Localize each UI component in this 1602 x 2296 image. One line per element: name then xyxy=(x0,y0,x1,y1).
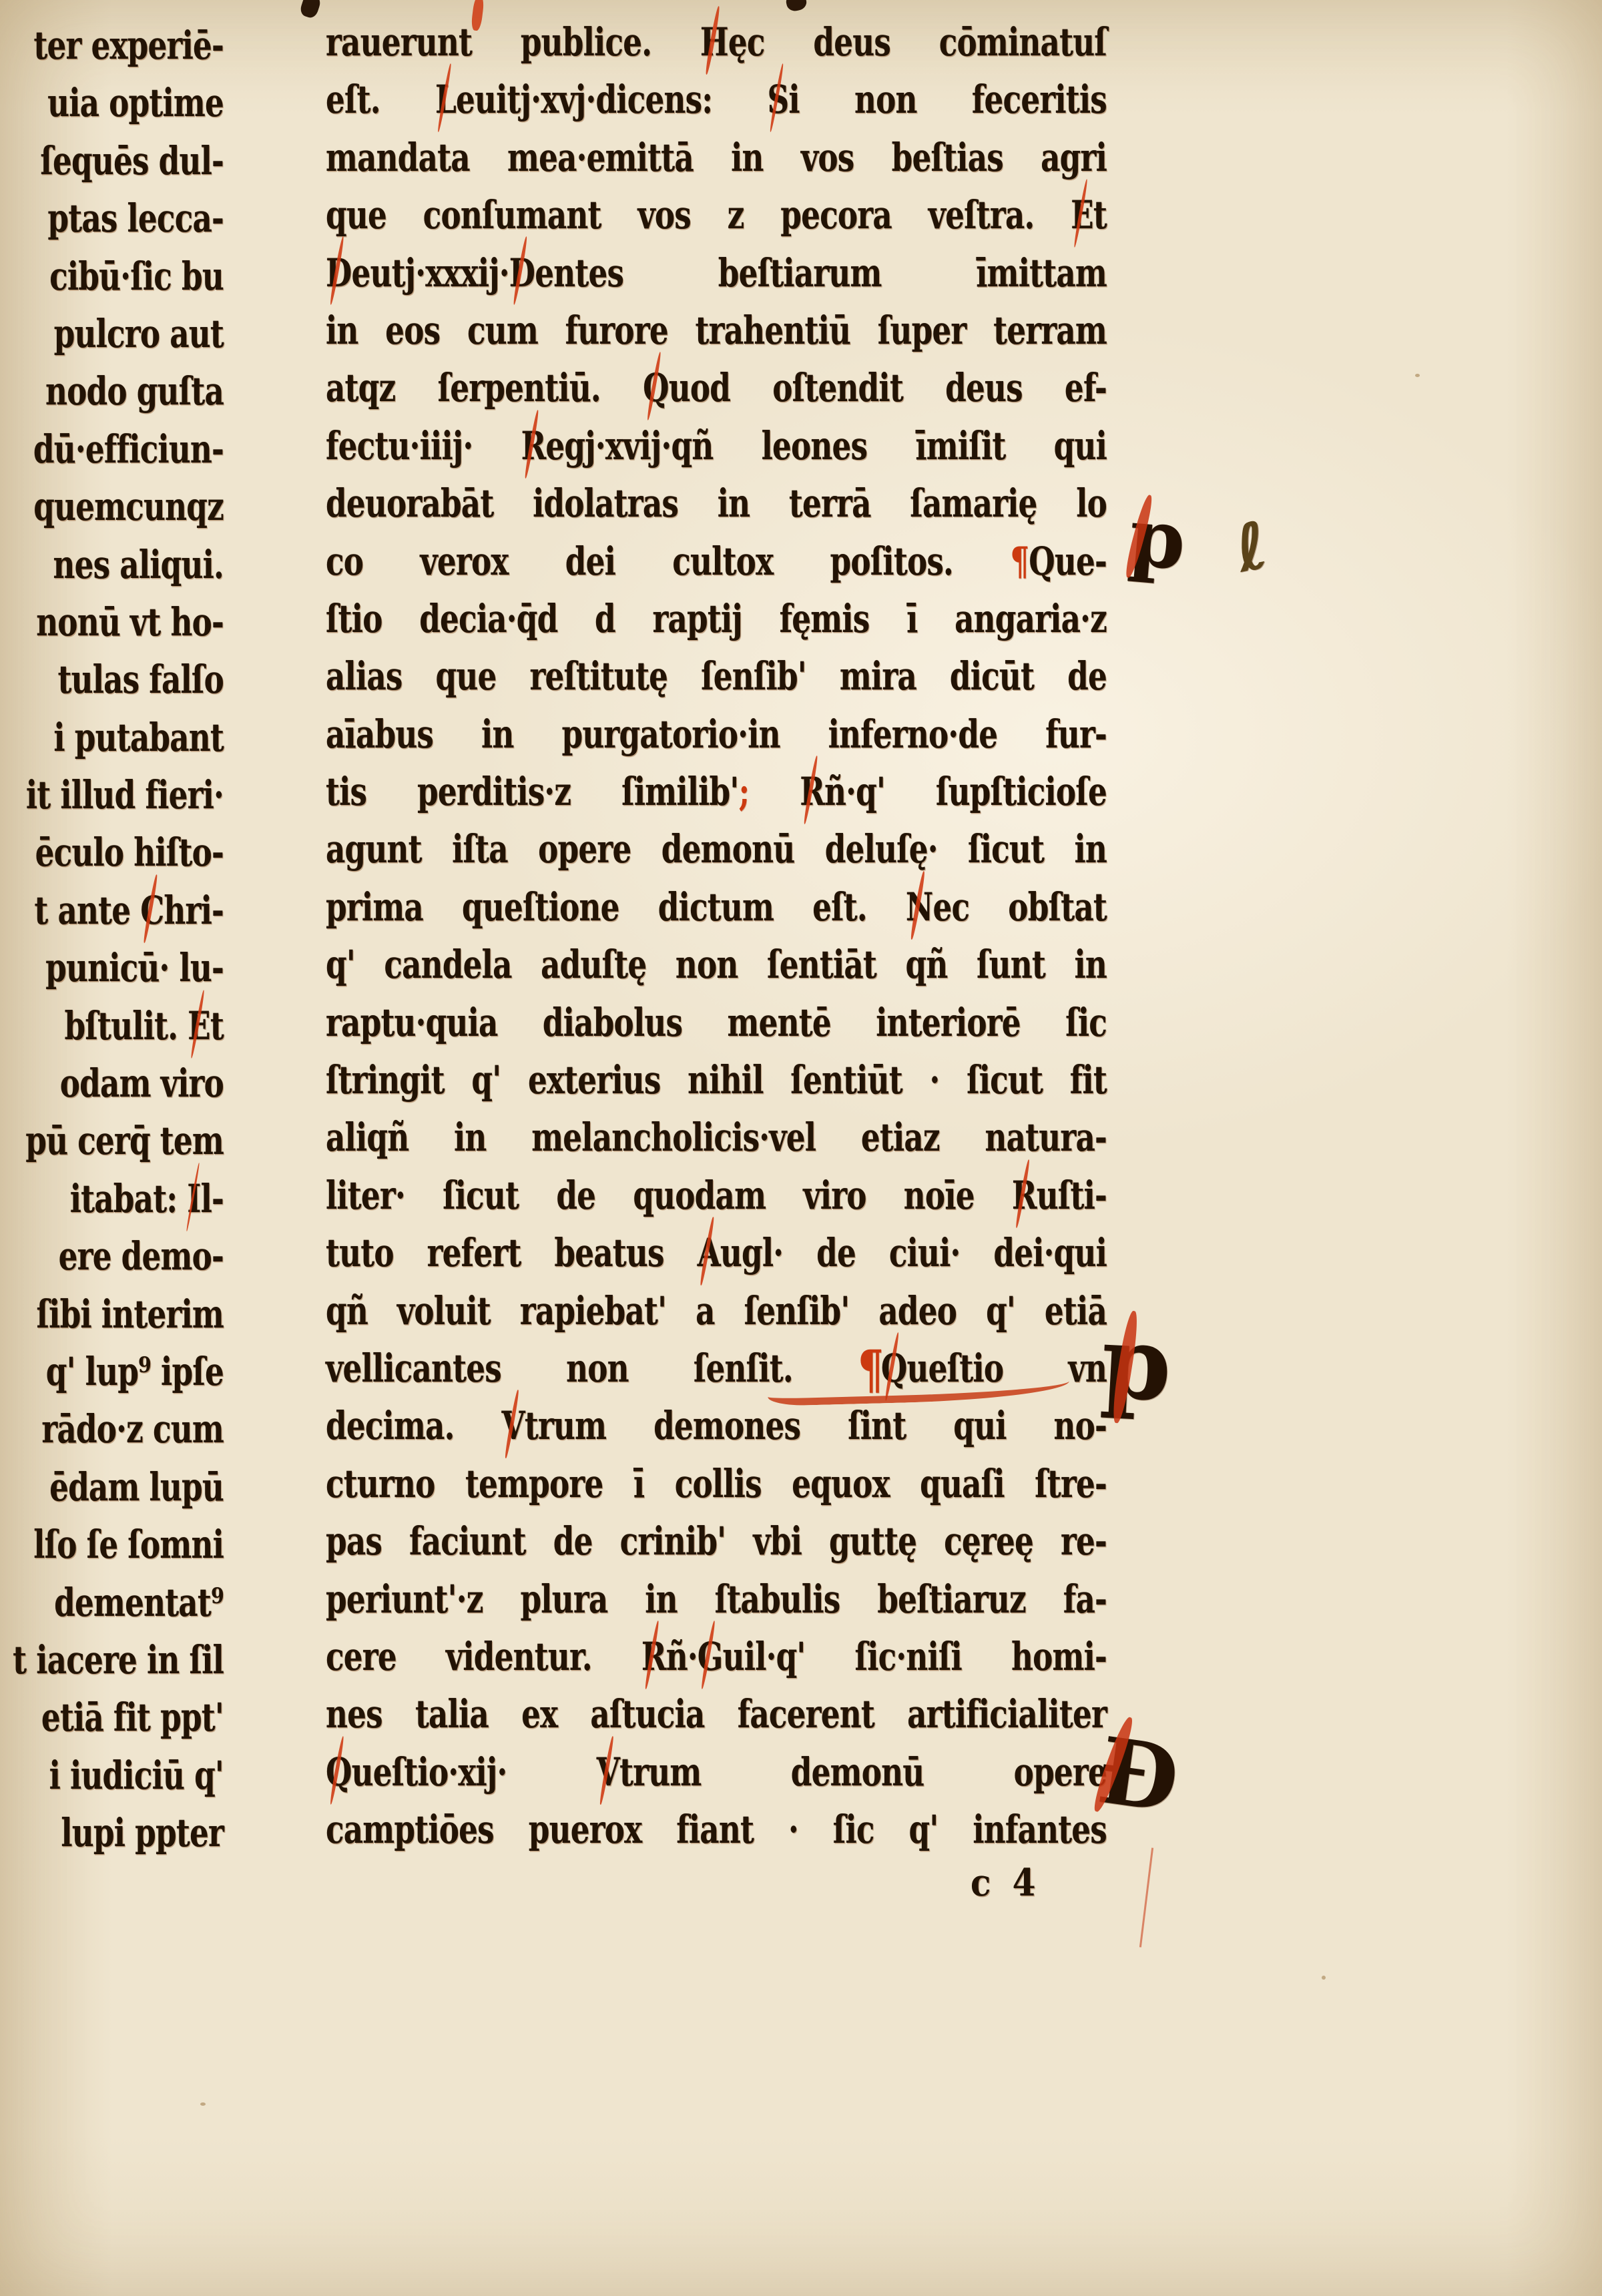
text-line: t iacere in ſil xyxy=(0,1631,224,1689)
text-line: qñ voluit rapiebat' a ſenſib' adeo q' et… xyxy=(326,1282,1107,1340)
rubricated-text: G xyxy=(698,1628,723,1685)
rubricated-text: E xyxy=(188,997,210,1055)
text-line: in eos cum furore trahentiū ſuper terram xyxy=(326,302,1107,359)
text-line: q' candela aduſtę non ſentiāt qñ ſunt in xyxy=(326,936,1107,993)
printed-text: ñ· xyxy=(666,1634,698,1679)
printed-text: odam viro xyxy=(60,1061,224,1106)
rubricated-text: V xyxy=(501,1397,524,1454)
printed-text: ēdam lupū xyxy=(49,1464,224,1510)
text-line: uia optime xyxy=(0,74,224,131)
printed-text: ueſtio·xij· xyxy=(352,1749,597,1795)
text-line: bſtulit. Et xyxy=(0,997,224,1055)
printed-text: i putabant xyxy=(53,715,224,760)
text-line: rauerunt publice. Hęc deus cōminatuſ xyxy=(326,13,1107,71)
text-line: aliqñ in melancholicis·vel etiaz natura- xyxy=(326,1109,1107,1166)
text-line: q' lup⁹ ipſe xyxy=(0,1343,224,1400)
printed-text: i iudiciū q' xyxy=(49,1753,224,1798)
text-line: Deutj·xxxij·Dentes beſtiarum īmittam xyxy=(326,244,1107,302)
printed-text: Que- xyxy=(1029,539,1107,584)
text-line: tulas falſo xyxy=(0,651,224,708)
printed-text: etiā fit ppt' xyxy=(41,1695,224,1740)
printed-text: trum demonū opere xyxy=(619,1749,1107,1795)
printed-text: it illud fieri· xyxy=(26,772,224,818)
margin-annotation-p-lower: p xyxy=(1099,1312,1174,1415)
printed-text: uil·q' ſic·niſi homi- xyxy=(723,1634,1107,1679)
printed-text: aīabus in purgatorio·in inferno·de fur- xyxy=(326,711,1107,757)
printed-text: nonū vt ho- xyxy=(36,599,224,645)
text-line: camptiōes puerox fiant · ſic q' infantes xyxy=(326,1801,1107,1858)
printed-text: uia optime xyxy=(47,80,224,125)
printed-text: t xyxy=(210,1003,224,1049)
printed-text: ęc deus cōminatuſ xyxy=(728,19,1107,65)
text-line: nes talia ex aſtucia facerent artificial… xyxy=(326,1685,1107,1743)
margin-annotation-p: p xyxy=(1126,497,1189,582)
text-line: aīabus in purgatorio·in inferno·de fur- xyxy=(326,705,1107,763)
printed-text: hri- xyxy=(164,888,224,933)
printed-text: pulcro aut xyxy=(54,311,224,356)
printed-text: uſti- xyxy=(1037,1173,1107,1218)
text-line: atqz ſerpentiū. Quod oſtendit deus ef- xyxy=(326,359,1107,416)
rubricated-text: D xyxy=(326,244,351,302)
printed-text: q' lup⁹ ipſe xyxy=(46,1349,224,1394)
printed-text: ere demo- xyxy=(59,1233,224,1279)
text-line: cibū·ſic bu xyxy=(0,248,224,305)
printed-text: ſibi interim xyxy=(36,1291,224,1337)
text-line: itabat: Il- xyxy=(0,1170,224,1227)
printed-text: dū·efficiun- xyxy=(33,426,224,472)
printed-text: camptiōes puerox fiant · ſic q' infantes xyxy=(326,1807,1107,1852)
text-line: pas faciunt de crinib' vbi guttę cęreę r… xyxy=(326,1512,1107,1570)
rubricated-text: C xyxy=(140,882,164,939)
rubricated-text: R xyxy=(641,1628,666,1685)
printed-text: pas faciunt de crinib' vbi guttę cęreę r… xyxy=(326,1518,1107,1564)
printed-text: quemcunqz xyxy=(33,484,224,529)
text-line: tis perditis·z ſimilib'; Rñ·q' ſupſticio… xyxy=(326,763,1107,820)
rubricated-text: ; xyxy=(738,769,800,814)
text-line: nodo guſta xyxy=(0,362,224,420)
printed-text: t ante xyxy=(34,888,140,933)
printed-text: ugl· de ciui· dei·qui xyxy=(720,1230,1107,1275)
rubricated-text: D xyxy=(509,244,535,302)
printed-text: agunt iſta opere demonū deluſę· ſicut in xyxy=(326,826,1107,872)
printed-text: ſequēs dul- xyxy=(40,138,224,184)
printed-text: qñ voluit rapiebat' a ſenſib' adeo q' et… xyxy=(326,1288,1107,1334)
text-line: Queſtio·xij· Vtrum demonū opere xyxy=(326,1743,1107,1801)
printed-text: fectu·iiij· xyxy=(326,423,521,469)
text-line: tuto refert beatus Augl· de ciui· dei·qu… xyxy=(326,1224,1107,1281)
printed-text: rādo·z cum xyxy=(41,1406,224,1452)
printed-text: liter· ſicut de quodam viro noīe xyxy=(326,1173,1012,1218)
printed-text: t iacere in ſil xyxy=(13,1637,224,1683)
text-line: agunt iſta opere demonū deluſę· ſicut in xyxy=(326,820,1107,878)
printed-text: mandata mea·emittā in vos beſtias agri xyxy=(326,135,1107,180)
cropped-text-fragment xyxy=(785,0,808,13)
printed-text: ec obſtat xyxy=(932,884,1107,930)
text-line: i putabant xyxy=(0,709,224,766)
text-line: prima queſtione dictum eſt. Nec obſtat xyxy=(326,878,1107,936)
text-line: liter· ſicut de quodam viro noīe Ruſti- xyxy=(326,1167,1107,1224)
quire-signature: c 4 xyxy=(971,1861,1041,1905)
printed-text: nes talia ex aſtucia facerent artificial… xyxy=(326,1691,1107,1737)
text-line: nes aliqui. xyxy=(0,536,224,593)
text-line: ptas lecca- xyxy=(0,190,224,247)
printed-text: eſt. xyxy=(326,77,435,122)
rubricated-text: ¶ xyxy=(1010,539,1029,584)
printed-text: deuorabāt idolatras in terrā ſamarię lo xyxy=(326,481,1107,526)
text-line: alias que reſtitutę ſenſib' mira dicūt d… xyxy=(326,647,1107,705)
text-line: t ante Chri- xyxy=(0,882,224,939)
paper-speck xyxy=(1415,374,1420,377)
text-line: rādo·z cum xyxy=(0,1400,224,1458)
rubricated-text: V xyxy=(597,1743,619,1801)
printed-text: ter experiē- xyxy=(33,23,224,68)
text-line: raptu·quia diabolus mentē interiorē ſic xyxy=(326,994,1107,1051)
printed-text: rauerunt publice. xyxy=(326,19,700,65)
printed-text: tuto refert beatus xyxy=(326,1230,698,1275)
printed-text: punicū· lu- xyxy=(45,945,224,990)
text-line: ſtringit q' exterius nihil ſentiūt · ſic… xyxy=(326,1051,1107,1109)
text-line: lſo ſe ſomni xyxy=(0,1516,224,1573)
printed-text: entes beſtiarum īmittam xyxy=(535,250,1107,296)
printed-text: pū cerq̄ tem xyxy=(25,1118,224,1163)
rubricated-text: Q xyxy=(326,1743,352,1801)
text-line: odam viro xyxy=(0,1055,224,1112)
text-line: decima. Vtrum demones ſint qui no- xyxy=(326,1397,1107,1454)
printed-text: prima queſtione dictum eſt. xyxy=(326,884,906,930)
text-line: i iudiciū q' xyxy=(0,1747,224,1804)
printed-text: nodo guſta xyxy=(45,368,224,414)
text-line: nonū vt ho- xyxy=(0,593,224,651)
printed-text: lupi ppter xyxy=(61,1810,224,1855)
printed-text: que conſumant vos z pecora veſtra. xyxy=(326,192,1071,238)
paper-speck xyxy=(1322,1976,1326,1980)
printed-text: euitj·xvj·dicens: xyxy=(456,77,767,122)
text-line: ſequēs dul- xyxy=(0,132,224,190)
printed-text: itabat: xyxy=(70,1176,187,1221)
text-line: cere videntur. Rñ·Guil·q' ſic·niſi homi- xyxy=(326,1628,1107,1685)
printed-text: uod oſtendit deus ef- xyxy=(669,365,1107,410)
printed-text: trum demones ſint qui no- xyxy=(525,1403,1107,1448)
text-line: ter experiē- xyxy=(0,17,224,74)
text-line: ſibi interim xyxy=(0,1285,224,1343)
rubricated-text: R xyxy=(1012,1167,1037,1224)
text-line: ēculo hiſto- xyxy=(0,824,224,881)
left-text-column: ter experiē-uia optimeſequēs dul-ptas le… xyxy=(0,17,224,1862)
text-line: pulcro aut xyxy=(0,305,224,362)
printed-text: in eos cum furore trahentiū ſuper terram xyxy=(326,308,1107,353)
paper-speck xyxy=(200,2102,206,2106)
text-line: ſtio decia·q̄d d raptij fęmis ī angaria·… xyxy=(326,590,1107,647)
printed-text: cturno tempore ī collis equox quaſi ſtre… xyxy=(326,1461,1107,1506)
text-line: dementat⁹ xyxy=(0,1574,224,1631)
red-ink-tail xyxy=(1139,1847,1153,1947)
printed-text: cere videntur. xyxy=(326,1634,641,1679)
printed-text: dementat⁹ xyxy=(54,1580,224,1625)
printed-text: t xyxy=(1093,192,1107,238)
printed-text: i non feceritis xyxy=(788,77,1107,122)
text-line: deuorabāt idolatras in terrā ſamarię lo xyxy=(326,475,1107,532)
printed-text: alias que reſtitutę ſenſib' mira dicūt d… xyxy=(326,653,1107,699)
printed-text: ñ·q' ſupſticioſe xyxy=(824,769,1107,814)
text-line: dū·efficiun- xyxy=(0,420,224,478)
rubricated-text: H xyxy=(700,13,728,71)
text-line: fectu·iiij· Regj·xvij·qñ leones īmiſit q… xyxy=(326,417,1107,475)
text-line: ere demo- xyxy=(0,1227,224,1285)
printed-text: q' candela aduſtę non ſentiāt qñ ſunt in xyxy=(326,942,1107,987)
printed-text: bſtulit. xyxy=(65,1003,188,1049)
printed-text: periunt'·z plura in ſtabulis beſtiaruz f… xyxy=(326,1576,1107,1622)
text-line: cturno tempore ī collis equox quaſi ſtre… xyxy=(326,1455,1107,1512)
text-line: que conſumant vos z pecora veſtra. Et xyxy=(326,186,1107,244)
printed-text: raptu·quia diabolus mentē interiorē ſic xyxy=(326,1000,1107,1045)
printed-text: tulas falſo xyxy=(57,657,224,702)
cropped-text-fragment xyxy=(298,0,322,19)
rubricated-text: R xyxy=(521,417,546,475)
printed-text: cibū·ſic bu xyxy=(49,254,224,299)
printed-text: ſtringit q' exterius nihil ſentiūt · ſic… xyxy=(326,1057,1107,1103)
printed-text: co verox dei cultox poſitos. xyxy=(326,539,1010,584)
text-line: it illud fieri· xyxy=(0,766,224,824)
rubricated-text: N xyxy=(906,878,933,936)
printed-text: tis perditis·z ſimilib' xyxy=(326,769,738,814)
printed-text: decima. xyxy=(326,1403,501,1448)
right-text-column: rauerunt publice. Hęc deus cōminatuſeſt.… xyxy=(326,13,1327,1859)
printed-text: ēculo hiſto- xyxy=(35,830,224,875)
text-line: mandata mea·emittā in vos beſtias agri xyxy=(326,129,1107,186)
document-page: { "page": { "kind": "incunabulum-text-pa… xyxy=(0,0,1602,2296)
text-line: quemcunqz xyxy=(0,478,224,535)
printed-text: lſo ſe ſomni xyxy=(33,1522,224,1567)
printed-text: l- xyxy=(201,1176,224,1221)
text-line: pū cerq̄ tem xyxy=(0,1112,224,1169)
printed-text: ptas lecca- xyxy=(47,196,224,241)
rubricated-text: L xyxy=(435,71,456,128)
text-line: ēdam lupū xyxy=(0,1458,224,1516)
printed-text: ſtio decia·q̄d d raptij fęmis ī angaria·… xyxy=(326,596,1107,641)
margin-annotation-d: Đ xyxy=(1093,1725,1184,1825)
rubricated-text: Q xyxy=(643,359,669,416)
text-line: eſt. Leuitj·xvj·dicens: Si non feceritis xyxy=(326,71,1107,128)
rubricated-text: S xyxy=(767,71,788,128)
printed-text: aliqñ in melancholicis·vel etiaz natura- xyxy=(326,1115,1107,1160)
rubricated-text: I xyxy=(187,1170,200,1227)
text-line: etiā fit ppt' xyxy=(0,1689,224,1746)
text-line: lupi ppter xyxy=(0,1804,224,1861)
printed-text: nes aliqui. xyxy=(53,542,224,587)
printed-text: atqz ſerpentiū. xyxy=(326,365,643,410)
rubricated-text: A xyxy=(698,1224,720,1281)
rubricated-text: E xyxy=(1071,186,1093,244)
text-line: punicū· lu- xyxy=(0,939,224,996)
printed-text: egj·xvij·qñ leones īmiſit qui xyxy=(545,423,1107,469)
text-line: co verox dei cultox poſitos. ¶Que- xyxy=(326,533,1107,590)
printed-text: eutj·xxxij· xyxy=(351,250,509,296)
text-line: periunt'·z plura in ſtabulis beſtiaruz f… xyxy=(326,1570,1107,1628)
rubricated-text: R xyxy=(800,763,824,820)
